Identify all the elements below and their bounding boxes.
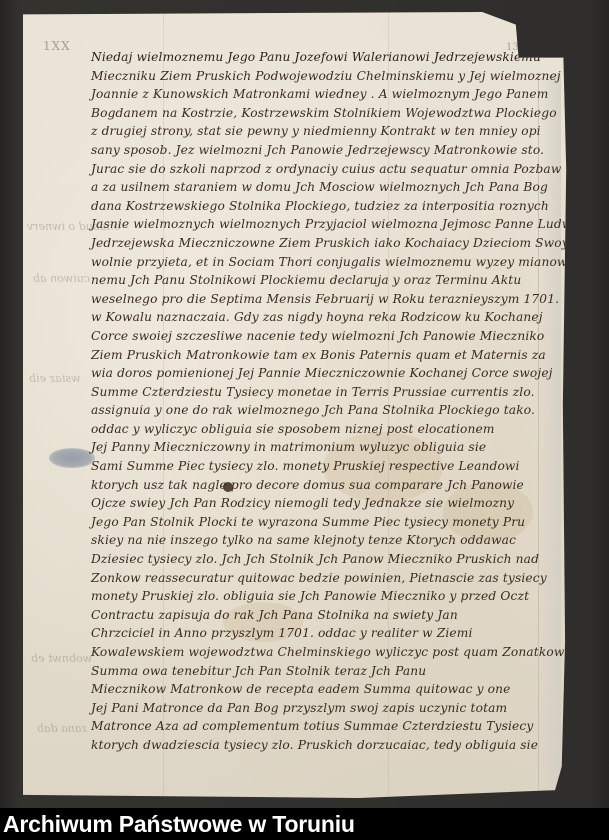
text-line: Kowalewskiem wojewodztwa Chelminskiego w… xyxy=(91,643,571,662)
text-line: assignuia y one do rak wielmoznego Jch P… xyxy=(91,401,571,420)
text-line: dana Kostrzewskiego Stolnika Plockiego, … xyxy=(91,197,571,216)
text-line: Chrzciciel in Anno przyszlym 1701. oddac… xyxy=(91,624,571,643)
text-line: sany sposob. Jez wielmozni Jch Panowie J… xyxy=(91,141,571,160)
text-line: Jasnie wielmoznych wielmoznych Przyjacio… xyxy=(91,215,571,234)
text-line: w Kowalu naznaczaia. Gdy zas nigdy hoyna… xyxy=(91,308,571,327)
text-line: Jurac sie do szkoli naprzod z ordynaciy … xyxy=(91,160,571,179)
archive-footer: Archiwum Państwowe w Toruniu xyxy=(0,808,609,840)
text-line: Joannie z Kunowskich Matronkami wiedney … xyxy=(91,85,571,104)
text-line: oddac y wyliczyc obliguia sie sposobem n… xyxy=(91,420,571,439)
text-line: z drugiej strony, stat sie pewny y niedm… xyxy=(91,122,571,141)
bleed-through-text: wsiaz eib xyxy=(29,372,81,385)
text-line: weselnego pro die Septima Mensis Februar… xyxy=(91,290,571,309)
text-line: Contractu zapisuja do rak Jch Pana Stoln… xyxy=(91,606,571,625)
text-line: Bogdanem na Kostrzie, Kostrzewskim Stoln… xyxy=(91,104,571,123)
text-line: Ziem Pruskich Matronkowie tam ex Bonis P… xyxy=(91,346,571,365)
text-line: monety Pruskiej zlo. obliguia sie Jch Pa… xyxy=(91,587,571,606)
text-line: Jej Pani Matronce da Pan Bog przyszlym s… xyxy=(91,699,571,718)
text-line: skiey na nie inszego tylko na same klejn… xyxy=(91,531,571,550)
bleed-through-text: wobnwt eb xyxy=(31,652,92,665)
text-line: Jego Pan Stolnik Plocki te wyrazona Summ… xyxy=(91,513,571,532)
handwritten-text-block: Niedaj wielmoznemu Jego Panu Jozefowi Wa… xyxy=(91,48,571,755)
text-line: Mieczniku Ziem Pruskich Podwojewodziu Ch… xyxy=(91,67,571,86)
ink-blot xyxy=(49,448,95,468)
text-line: Jedrzejewska Mieczniczowne Ziem Pruskich… xyxy=(91,234,571,253)
scan-background: onabud o iwnerv cuiwon ab wsiaz eib wobn… xyxy=(0,0,609,808)
text-line: Miecznikow Matronkow de recepta eadem Su… xyxy=(91,680,571,699)
text-line: ktorych dwadziescia tysiecy zlo. Pruskic… xyxy=(91,736,571,755)
text-line: wia doros pomienionej Jej Pannie Mieczni… xyxy=(91,364,571,383)
text-line: Ojcze swiey Jch Pan Rodzicy niemogli ted… xyxy=(91,494,571,513)
text-line: Dziesiec tysiecy zlo. Jch Jch Stolnik Jc… xyxy=(91,550,571,569)
text-line: Jej Panny Mieczniczowny in matrimonium w… xyxy=(91,438,571,457)
text-line: nemu Jch Panu Stolnikowi Plockiemu decla… xyxy=(91,271,571,290)
text-line: Summa owa tenebitur Jch Pan Stolnik tera… xyxy=(91,662,571,681)
text-line: wolnie przyieta, et in Sociam Thori conj… xyxy=(91,253,571,272)
archive-mark: 1XX xyxy=(43,39,71,53)
document-viewer: onabud o iwnerv cuiwon ab wsiaz eib wobn… xyxy=(0,0,609,840)
text-line: Sami Summe Piec tysiecy zlo. monety Prus… xyxy=(91,457,571,476)
text-line: Niedaj wielmoznemu Jego Panu Jozefowi Wa… xyxy=(91,48,571,67)
text-line: a za usilnem staraniem w domu Jch Moscio… xyxy=(91,178,571,197)
bleed-through-text: zana dab xyxy=(37,722,87,735)
manuscript-page: onabud o iwnerv cuiwon ab wsiaz eib wobn… xyxy=(23,12,583,798)
archive-name: Archiwum Państwowe w Toruniu xyxy=(3,810,355,838)
text-line: Zonkow reassecuratur quitowac bedzie pow… xyxy=(91,569,571,588)
text-line: ktorych usz tak nagle pro decore domus s… xyxy=(91,476,571,495)
bleed-through-text: cuiwon ab xyxy=(33,272,90,285)
text-line: Summe Czterdziestu Tysiecy monetae in Te… xyxy=(91,383,571,402)
text-line: Corce swoiej szczesliwe nacenie tedy wie… xyxy=(91,327,571,346)
text-line: Matronce Aza ad complementum totius Summ… xyxy=(91,717,571,736)
